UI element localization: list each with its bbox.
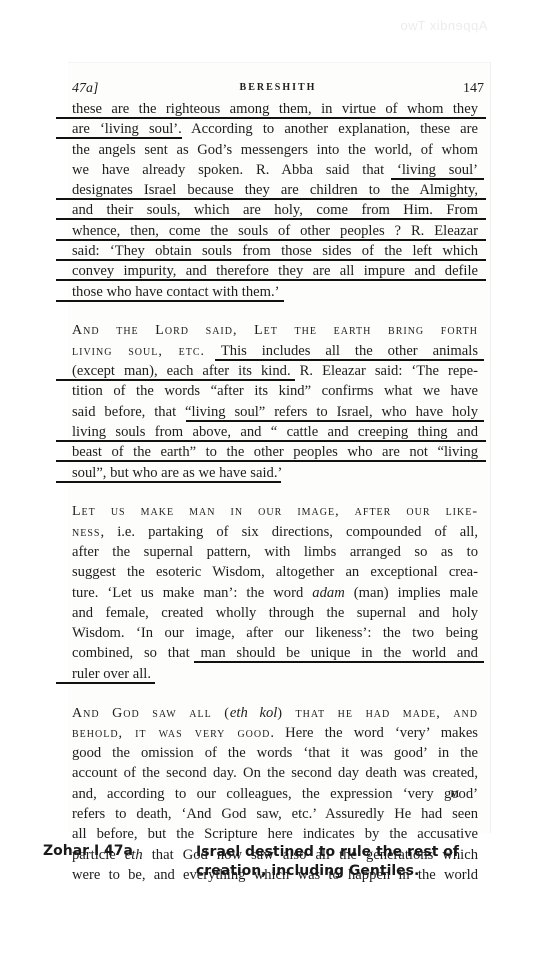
text-line: the angels sent as God’s messengers into… [72,140,478,160]
text-line: good the omission of the words ‘that it … [72,743,478,763]
text-span: said before, that “ [72,404,192,420]
text-line: soul”, but who are as we have said.’ [72,463,478,483]
text-span: and female, created wholly through the s… [72,605,478,621]
text-line: ruler over all. [72,664,478,684]
text-line: ture. ‘Let us make man’: the word adam (… [72,583,478,603]
text-line: suggest the esoteric Wisdom, altogether … [72,562,478,582]
underlined-text: these are the righteous among them, in v… [72,101,478,117]
signature-mark: M [451,789,461,799]
text-span: good the omission of the words ‘that it … [72,745,478,761]
underlined-text: This includes all the other animals [221,343,478,359]
text-span: the angels sent as God’s messengers into… [72,142,478,158]
text-span: behold, it was very good [72,726,270,741]
underlined-text: soul”, but who are as we have said. [72,465,277,481]
text-span: after the supernal pattern, with limbs a… [72,544,478,560]
text-line: behold, it was very good. Here the word … [72,723,478,743]
text-span: ’ [277,465,282,481]
text-line: account of the second day. On the second… [72,763,478,783]
underlined-text: beast of the earth” to the other peoples… [72,444,478,460]
text-line: said: ‘They obtain souls from those side… [72,241,478,261]
text-line: combined, so that man should be unique i… [72,643,478,663]
underlined-text: (except man), each after its kind. [72,363,291,379]
text-line: designates Israel because they are child… [72,180,478,200]
text-span: And God saw all ( [72,706,230,721]
text-span: and, according to our colleagues, the ex… [72,786,478,802]
text-span: combined, so that [72,645,200,661]
text-line: we have already spoken. R. Abba said tha… [72,160,478,180]
text-span: (man) implies male [345,585,478,601]
underlined-text: said: ‘They obtain souls from those side… [72,243,478,259]
page-body-text: these are the righteous among them, in v… [72,99,478,885]
text-line: those who have contact with them.’ [72,282,478,302]
text-line: tition of the words “after its kind” con… [72,381,478,401]
text-line: (except man), each after its kind. R. El… [72,361,478,381]
text-span: tition of the words “after its kind” con… [72,383,478,399]
underlined-text: those who have contact with them.’ [72,284,280,300]
caption-summary: Israel destined to rule the rest of crea… [196,843,496,881]
bleed-through-text: Appendix Two [400,18,487,33]
paragraph-gap [72,483,478,502]
text-span: adam [312,585,344,601]
text-span: R. Eleazar said: ‘The repe- [291,363,478,379]
text-line: all before, but the Scripture here indic… [72,824,478,844]
text-span: . According to another explanation, thes… [178,121,478,137]
text-span: all before, but the Scripture here indic… [72,826,478,842]
underlined-text: designates Israel because they are child… [72,182,478,198]
text-line: Let us make man in our image, after our … [72,501,478,521]
text-line: and, according to our colleagues, the ex… [72,784,478,804]
text-line: convey impurity, and therefore they are … [72,261,478,281]
text-span: Let us make man in our image, after our … [72,504,478,519]
text-line: after the supernal pattern, with limbs a… [72,542,478,562]
text-span: Wisdom. ‘In our image, after our likenes… [72,625,478,641]
text-line: And God saw all (eth kol) that he had ma… [72,703,478,723]
text-span: ness [72,525,100,540]
underlined-text: whence, then, come the souls of other pe… [72,223,478,239]
text-span: living soul, etc. [72,344,221,359]
underlined-text: convey impurity, and therefore they are … [72,263,478,279]
paragraph-gap [72,684,478,703]
text-line: And the Lord said, Let the earth bring f… [72,320,478,340]
text-span: , i.e. partaking of six directions, comp… [100,524,478,540]
source-citation: Zohar I 47a [43,843,133,859]
underlined-text: ‘living soul’ [397,162,478,178]
underlined-text: living soul” refers to Israel, who have … [192,404,478,420]
text-line: these are the righteous among them, in v… [72,99,478,119]
running-title: BERESHITH [72,82,484,93]
text-span: And the Lord said, Let the earth bring f… [72,323,478,338]
text-span: account of the second day. On the second… [72,765,478,781]
running-head: 47a] BERESHITH 147 [72,81,484,97]
text-line: said before, that “living soul” refers t… [72,402,478,422]
page-number: 147 [463,81,484,97]
text-line: living soul, etc. This includes all the … [72,341,478,361]
paragraph-gap [72,302,478,321]
text-line: ness, i.e. partaking of six directions, … [72,522,478,542]
text-line: Wisdom. ‘In our image, after our likenes… [72,623,478,643]
text-span: . Here the word ‘very’ makes [270,725,478,741]
text-line: and female, created wholly through the s… [72,603,478,623]
text-line: and their souls, which are holy, come fr… [72,200,478,220]
text-span: ) that he had made, and [277,706,478,721]
text-line: refers to death, ‘And God saw, etc.’ Ass… [72,804,478,824]
text-line: whence, then, come the souls of other pe… [72,221,478,241]
text-span: ture. ‘Let us make man’: the word [72,585,312,601]
text-span: eth kol [230,705,277,721]
text-span: suggest the esoteric Wisdom, altogether … [72,564,478,580]
book-page: 47a] BERESHITH 147 these are the righteo… [68,62,491,833]
underlined-text: are ‘living soul’ [72,121,178,137]
text-line: living souls from above, and “ cattle an… [72,422,478,442]
text-span: we have already spoken. R. Abba said tha… [72,162,397,178]
underlined-text: ruler over all. [72,666,151,682]
text-span: refers to death, ‘And God saw, etc.’ Ass… [72,806,478,822]
underlined-text: and their souls, which are holy, come fr… [72,202,478,218]
text-line: are ‘living soul’. According to another … [72,119,478,139]
underlined-text: man should be unique in the world and [200,645,478,661]
text-line: beast of the earth” to the other peoples… [72,442,478,462]
underlined-text: living souls from above, and “ cattle an… [72,424,478,440]
